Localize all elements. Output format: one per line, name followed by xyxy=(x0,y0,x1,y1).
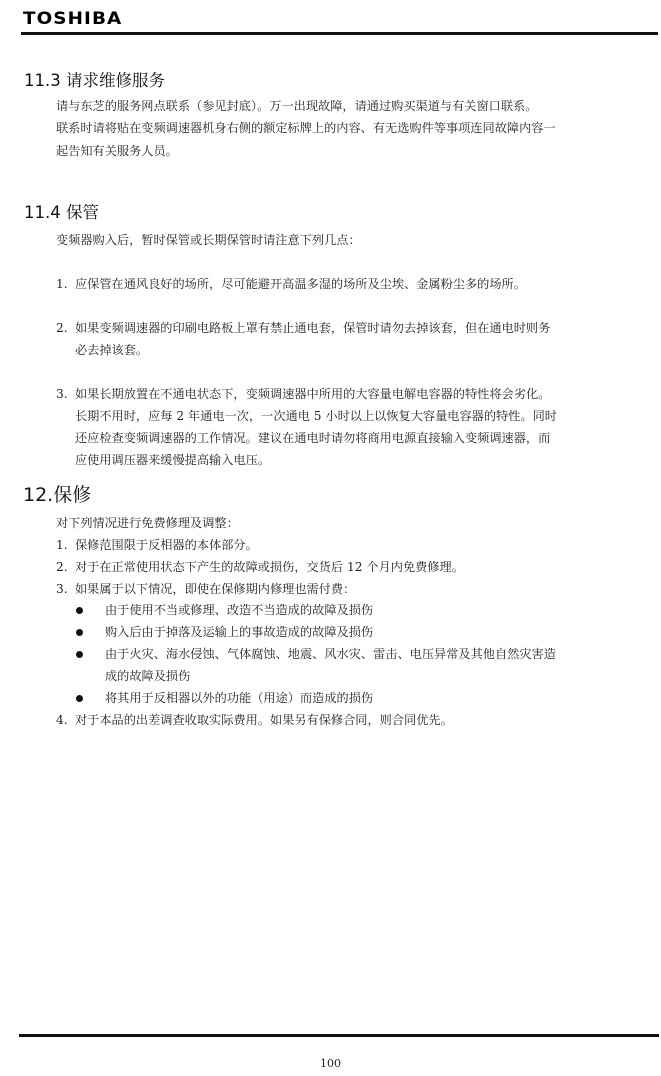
bullet-text: 购入后由于掉落及运输上的事故造成的故障及损伤 xyxy=(105,622,373,643)
bullet-text: 成的故障及损伤 xyxy=(105,666,190,687)
bullet-icon xyxy=(76,695,83,702)
page-number: 100 xyxy=(0,1057,661,1070)
list-text: 对于本品的出差调查收取实际费用。如果另有保修合同，则合同优先。 xyxy=(75,710,453,731)
list-text: 必去掉该套。 xyxy=(75,340,148,361)
list-text: 长期不用时，应每 2 年通电一次，一次通电 5 小时以上以恢复大容量电容器的特性… xyxy=(75,406,557,427)
paragraph-11-3-line-2: 联系时请将贴在变频调速器机身右侧的额定标牌上的内容、有无选购件等事项连同故障内容… xyxy=(56,118,656,139)
list-number: 3. xyxy=(56,384,68,405)
paragraph-11-3-line-3: 起告知有关服务人员。 xyxy=(56,141,656,162)
bullet-text: 由于火灾、海水侵蚀、气体腐蚀、地震、风水灾、雷击、电压异常及其他自然灾害造 xyxy=(105,644,556,665)
list-text: 应使用调压器来缓慢提高输入电压。 xyxy=(75,450,270,471)
list-number: 2. xyxy=(56,557,68,578)
bullet-icon xyxy=(76,607,83,614)
list-text: 保修范围限于反相器的本体部分。 xyxy=(75,535,258,556)
heading-11-4: 11.4 保管 xyxy=(24,199,99,223)
bullet-icon xyxy=(76,629,83,636)
heading-12: 12.保修 xyxy=(23,480,91,507)
bullet-text: 由于使用不当或修理、改造不当造成的故障及损伤 xyxy=(105,600,373,621)
paragraph-12-intro: 对下列情况进行免费修理及调整： xyxy=(56,513,656,534)
list-text: 应保管在通风良好的场所，尽可能避开高温多湿的场所及尘埃、金属粉尘多的场所。 xyxy=(75,274,526,295)
footer-rule xyxy=(19,1034,659,1037)
list-number: 2. xyxy=(56,318,68,339)
bullet-text: 将其用于反相器以外的功能（用途）而造成的损伤 xyxy=(105,688,373,709)
list-number: 4. xyxy=(56,710,68,731)
list-text: 如果属于以下情况，即使在保修期内修理也需付费： xyxy=(75,579,355,600)
list-text: 如果长期放置在不通电状态下，变频调速器中所用的大容量电解电容器的特性将会劣化。 xyxy=(75,384,550,405)
heading-11-3: 11.3 请求维修服务 xyxy=(24,67,165,91)
list-number: 1. xyxy=(56,274,68,295)
header-rule xyxy=(21,32,658,35)
list-number: 1. xyxy=(56,535,68,556)
list-text: 如果变频调速器的印刷电路板上罩有禁止通电套，保管时请勿去掉该套，但在通电时则务 xyxy=(75,318,550,339)
paragraph-11-4-intro: 变频器购入后，暂时保管或长期保管时请注意下列几点： xyxy=(56,230,656,251)
bullet-icon xyxy=(76,651,83,658)
list-number: 3. xyxy=(56,579,68,600)
toshiba-logo: TOSHIBA xyxy=(23,9,122,29)
list-text: 还应检查变频调速器的工作情况。建议在通电时请勿将商用电源直接输入变频调速器，而 xyxy=(75,428,550,449)
list-text: 对于在正常使用状态下产生的故障或损伤，交货后 12 个月内免费修理。 xyxy=(75,557,464,578)
paragraph-11-3-line-1: 请与东芝的服务网点联系（参见封底）。万一出现故障，请通过购买渠道与有关窗口联系。 xyxy=(56,96,656,117)
